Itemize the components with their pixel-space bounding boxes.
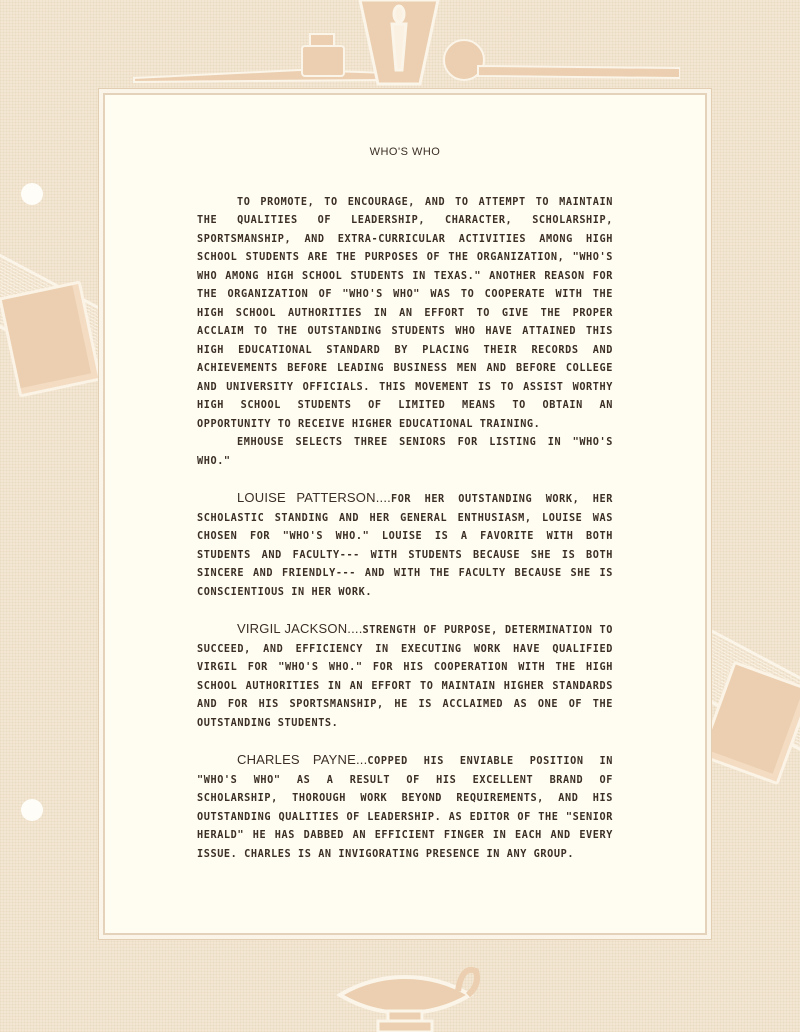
pipe-icon xyxy=(444,40,680,80)
oil-lamp-icon xyxy=(330,965,480,1032)
profile-text: for her outstanding work, her scholastic… xyxy=(197,494,613,598)
document-panel: WHO'S WHO To promote, to encourage, and … xyxy=(103,93,707,935)
profile-name: VIRGIL JACKSON.... xyxy=(237,621,363,636)
profile-charles-payne: CHARLES PAYNE...copped his enviable posi… xyxy=(197,751,613,864)
intro-paragraph: To promote, to encourage, and to attempt… xyxy=(197,194,613,435)
page-title: WHO'S WHO xyxy=(197,143,613,162)
profile-louise-patterson: LOUISE PATTERSON....for her outstanding … xyxy=(197,489,613,602)
binder-hole-top xyxy=(21,183,43,205)
profile-virgil-jackson: VIRGIL JACKSON....strength of purpose, d… xyxy=(197,620,613,733)
profile-text: copped his enviable position in "Who's W… xyxy=(197,756,613,860)
binder-hole-bottom xyxy=(21,799,43,821)
top-ornament xyxy=(120,0,680,90)
profile-name: CHARLES PAYNE... xyxy=(237,752,367,767)
selection-paragraph: Emhouse selects three Seniors for listin… xyxy=(197,434,613,471)
ink-bottle-icon xyxy=(302,34,344,76)
profile-text: strength of purpose, determination to su… xyxy=(197,625,613,729)
pen-icon xyxy=(134,70,390,82)
profile-name: LOUISE PATTERSON.... xyxy=(237,490,391,505)
book-icon xyxy=(0,280,102,397)
document-body: WHO'S WHO To promote, to encourage, and … xyxy=(197,143,613,864)
